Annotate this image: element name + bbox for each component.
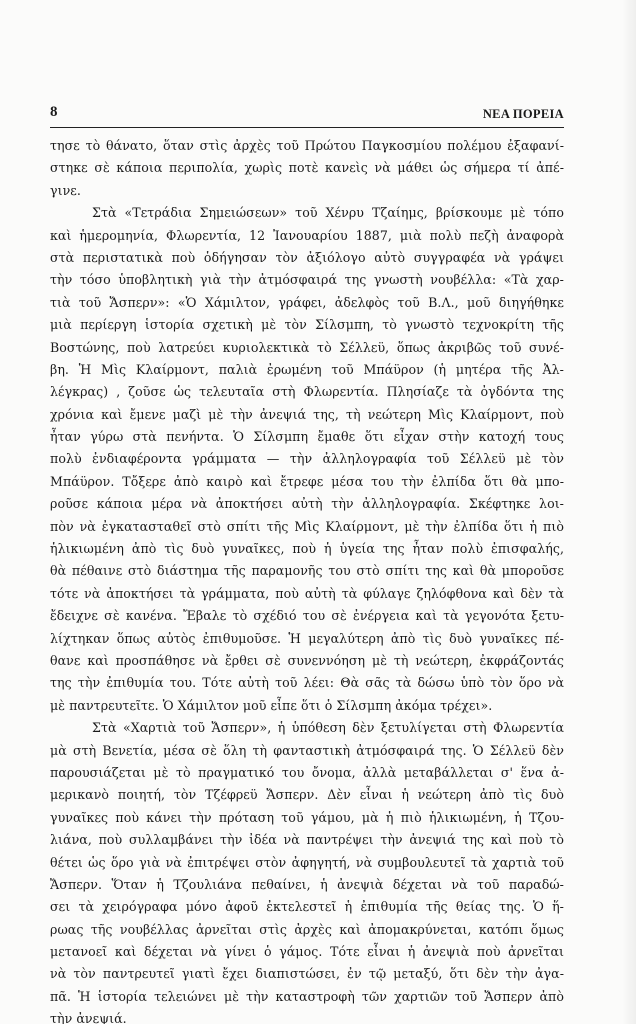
text-line: παρουσιάζεται μὲ τὸ πραγματικό του ὄνομα… <box>50 762 564 784</box>
text-line: μετανοεῖ καὶ δέχεται νὰ γίνει ὁ γάμος. Τ… <box>50 941 564 963</box>
text-line: ἡλικιωμένη ἀπὸ τὶς δυὸ γυναῖκες, ποὺ ἡ ὑ… <box>50 538 564 560</box>
text-line: θὰ πέθαινε στὸ διάστημα τῆς παραμονῆς το… <box>50 560 564 582</box>
text-line: πὸν νὰ ἐγκατασταθεῖ στὸ σπίτι τῆς Μὶς Κλ… <box>50 516 564 538</box>
text-line: ἦταν γύρω στὰ πενήντα. Ὁ Σίλσμπη ἔμαθε ὅ… <box>50 426 564 448</box>
text-line: τησε τὸ θάνατο, ὅταν στὶς ἀρχὲς τοῦ Πρώτ… <box>50 135 564 157</box>
text-line: νὰ τὸν παντρευτεῖ γιατὶ ἔχει διαπιστώσει… <box>50 963 564 985</box>
text-line: Βοστώνης, ποὺ λατρεύει κυριολεκτικὰ τὸ Σ… <box>50 337 564 359</box>
text-line: λέγκρας) , ζοῦσε ὡς τελευταῖα στὴ Φλωρεν… <box>50 381 564 403</box>
text-line: γυναῖκες ποὺ κάνει τὴν πρόταση τοῦ γάμου… <box>50 807 564 829</box>
page-number: 8 <box>50 104 58 121</box>
text-line: καὶ ἡμερομηνία, Φλωρεντία, 12 Ἰανουαρίου… <box>50 225 564 247</box>
text-line: τὴν ἀνεψιά. <box>50 1008 564 1024</box>
page-header: 8 ΝΕΑ ΠΟΡΕΙΑ <box>50 103 564 125</box>
text-line: ροῦσε κάποια μέρα νὰ ἀποκτήσει αὐτὴ τὴν … <box>50 493 564 515</box>
text-line: Μπάϋρον. Τὄξερε ἀπὸ καιρὸ καὶ ἔτρεφε μέσ… <box>50 471 564 493</box>
text-line: λίχτηκαν ὅπως αὐτὸς ἐπιθυμοῦσε. Ἡ μεγαλύ… <box>50 628 564 650</box>
text-line: σει τὰ χειρόγραφα μόνο ἀφοῦ ἐκτελεστεῖ ἡ… <box>50 896 564 918</box>
page-edge-shadow <box>622 0 636 1024</box>
text-line: πᾶ. Ἡ ἱστορία τελειώνει μὲ τὴν καταστροφ… <box>50 986 564 1008</box>
text-line: Ἄσπερν. Ὅταν ἡ Τζουλιάνα πεθαίνει, ἡ ἀνε… <box>50 874 564 896</box>
text-line: γινε. <box>50 180 564 202</box>
text-line: μὲ παντρευτεῖτε. Ὁ Χάμιλτον μοῦ εἶπε ὅτι… <box>50 695 564 717</box>
text-line: ρωας τῆς νουβέλλας ἀρνεῖται στὶς ἀρχὲς κ… <box>50 919 564 941</box>
paragraph-start-line: Στὰ «Τετράδια Σημειώσεων» τοῦ Χένρυ Τζαί… <box>50 202 564 224</box>
text-line: της τὴν ἐπιθυμία του. Τότε αὐτὴ τοῦ λέει… <box>50 672 564 694</box>
text-line: τότε νὰ ἀποκτήσει τὰ γράμματα, ποὺ αὐτὴ … <box>50 583 564 605</box>
running-title: ΝΕΑ ΠΟΡΕΙΑ <box>483 107 564 122</box>
text-line: πολὺ ἐνδιαφέροντα γράμματα — τὴν ἀλληλογ… <box>50 448 564 470</box>
paragraph-start-line: Στὰ «Χαρτιὰ τοῦ Ἄσπερν», ἡ ὑπόθεση δὲν ξ… <box>50 717 564 739</box>
text-line: ἔδειχνε σὲ κανένα. Ἔβαλε τὸ σχέδιό του σ… <box>50 605 564 627</box>
text-line: τιὰ τοῦ Ἄσπερν»: «Ὁ Χάμιλτον, γράφει, ἀδ… <box>50 292 564 314</box>
text-line: θέτει ὡς ὅρο γιὰ νὰ ἐπιτρέψει στὸν ἀφηγη… <box>50 852 564 874</box>
text-line: στηκε σὲ κάποια περιπολία, χωρὶς ποτὲ κα… <box>50 157 564 179</box>
header-rule <box>50 127 564 128</box>
text-line: χρόνια καὶ ἔμενε μαζὶ μὲ τὴν ἀνεψιά της,… <box>50 404 564 426</box>
text-line: μερικανὸ ποιητή, τὸν Τζέφρεϋ Ἄσπερν. Δὲν… <box>50 784 564 806</box>
article-body: τησε τὸ θάνατο, ὅταν στὶς ἀρχὲς τοῦ Πρώτ… <box>50 135 564 1024</box>
text-line: μὰ στὴ Βενετία, μέσα σὲ ὅλη τὴ φανταστικ… <box>50 740 564 762</box>
text-line: βη. Ἡ Μὶς Κλαίρμοντ, παλιὰ ἐρωμένη τοῦ Μ… <box>50 359 564 381</box>
text-line: τὴν τόσο ὑποβλητικὴ γιὰ τὴν ἀτμόσφαιρά τ… <box>50 269 564 291</box>
text-line: λιάνα, ποὺ συλλαμβάνει τὴν ἰδέα νὰ παντρ… <box>50 829 564 851</box>
text-line: μιὰ περίεργη ἱστορία σχετικὴ μὲ τὸν Σίλσ… <box>50 314 564 336</box>
text-line: στὰ περιστατικὰ ποὺ ὁδήγησαν τὸν ἀξιόλογ… <box>50 247 564 269</box>
text-line: θανε καὶ προσπάθησε νὰ ἔρθει σὲ συνεννόη… <box>50 650 564 672</box>
